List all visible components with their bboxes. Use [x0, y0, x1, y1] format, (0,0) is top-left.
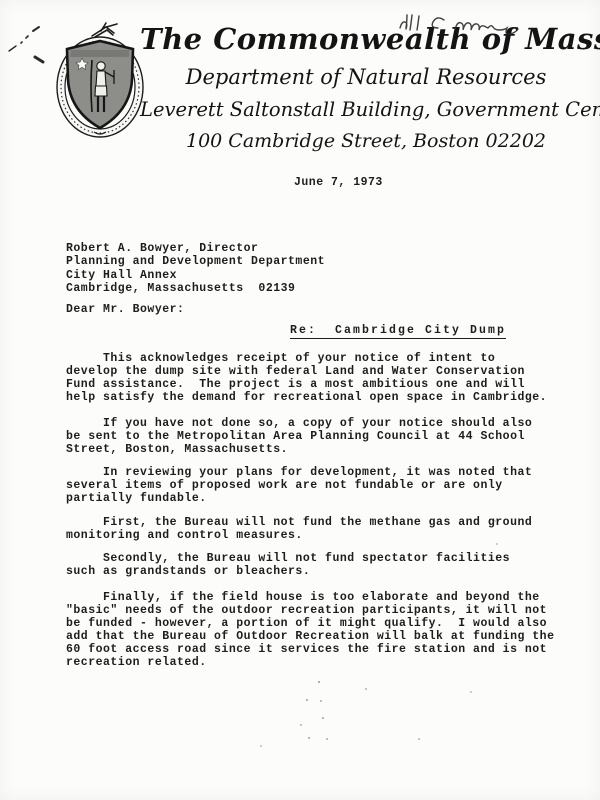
letterhead-department: Department of Natural Resources — [140, 65, 592, 89]
pen-marks-icon — [4, 20, 64, 80]
body-paragraph-3: In reviewing your plans for development,… — [66, 466, 532, 505]
letterhead-address: 100 Cambridge Street, Boston 02202 — [140, 130, 592, 152]
body-paragraph-5: Secondly, the Bureau will not fund spect… — [66, 552, 510, 578]
scanned-letter-page: The Commonwealth of Massachusetts Depart… — [0, 0, 600, 800]
body-paragraph-1: This acknowledges receipt of your notice… — [66, 352, 547, 404]
body-paragraph-6: Finally, if the field house is too elabo… — [66, 591, 554, 669]
handwritten-note-icon — [392, 6, 582, 46]
letter-date: June 7, 1973 — [294, 176, 383, 189]
subject-line: Re: Cambridge City Dump — [290, 324, 506, 339]
massachusetts-state-seal-icon — [54, 20, 146, 140]
letterhead-building: Leverett Saltonstall Building, Governmen… — [140, 98, 592, 121]
scan-noise-specks — [318, 681, 320, 683]
body-paragraph-4: First, the Bureau will not fund the meth… — [66, 516, 532, 542]
salutation: Dear Mr. Bowyer: — [66, 303, 184, 316]
body-paragraph-2: If you have not done so, a copy of your … — [66, 417, 532, 456]
recipient-address: Robert A. Bowyer, Director Planning and … — [66, 242, 325, 296]
